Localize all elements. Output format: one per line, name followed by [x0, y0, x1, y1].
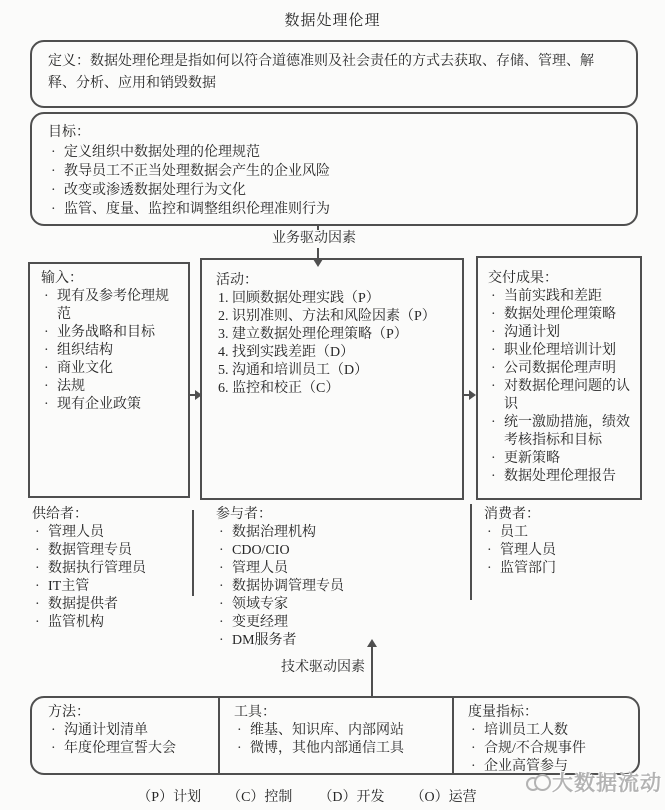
list-item: 教导员工不正当处理数据会产生的企业风险 [48, 162, 620, 181]
tools-list: 维基、知识库、内部网站 微博，其他内部通信工具 [234, 722, 446, 758]
methods-section: 方法： 沟通计划清单 年度伦理宣誓大会 [48, 704, 213, 758]
list-item: 组织结构 [41, 342, 180, 360]
participants-list: 数据治理机构 CDO/CIO 管理人员 数据协调管理专员 领域专家 变更经理 D… [216, 524, 451, 650]
list-item: 现有及参考伦理规范 [41, 288, 180, 324]
list-item: 商业文化 [41, 360, 180, 378]
list-item: 年度伦理宣誓大会 [48, 740, 213, 758]
activities-heading: 活动： [216, 272, 454, 290]
legend-item-plan: （P）计划 [137, 786, 201, 806]
tools-section: 工具： 维基、知识库、内部网站 微博，其他内部通信工具 [234, 704, 446, 758]
legend-item-operate: （O）运营 [411, 786, 477, 806]
list-item: 1. 回顾数据处理实践（P） [216, 290, 454, 308]
watermark-text: 大数据流动 [552, 767, 662, 797]
tools-heading: 工具： [234, 704, 446, 722]
technology-drivers-label: 技术驱动因素 [276, 659, 370, 677]
list-item: IT主管 [32, 578, 187, 596]
legend-item-develop: （D）开发 [318, 786, 384, 806]
list-item: 员工 [484, 524, 634, 542]
list-item: 数据协调管理专员 [216, 578, 451, 596]
consumers-list: 员工 管理人员 监管部门 [484, 524, 634, 578]
list-item: 现有企业政策 [41, 396, 180, 414]
goals-list: 定义组织中数据处理的伦理规范 教导员工不正当处理数据会产生的企业风险 改变或渗透… [48, 143, 620, 219]
activities-to-deliverables-arrow [463, 394, 470, 396]
list-item: 4. 找到实践差距（D） [216, 344, 454, 362]
participants-section: 参与者： 数据治理机构 CDO/CIO 管理人员 数据协调管理专员 领域专家 变… [216, 506, 451, 650]
list-item: 更新策略 [488, 450, 634, 468]
list-item: 法规 [41, 378, 180, 396]
list-item: 变更经理 [216, 614, 451, 632]
list-item: 监管部门 [484, 560, 634, 578]
deliverables-box: 交付成果： 当前实践和差距 数据处理伦理策略 沟通计划 职业伦理培训计划 公司数… [476, 256, 642, 500]
definition-text: 定义：数据处理伦理是指如何以符合道德准则及社会责任的方式去获取、存储、管理、解释… [48, 51, 620, 95]
bottom-box: 方法： 沟通计划清单 年度伦理宣誓大会 工具： 维基、知识库、内部网站 微博，其… [30, 696, 640, 775]
suppliers-participants-divider [192, 510, 194, 596]
deliverables-heading: 交付成果： [488, 270, 634, 288]
list-item: 业务战略和目标 [41, 324, 180, 342]
participants-consumers-divider [470, 504, 472, 600]
list-item: 培训员工人数 [468, 722, 636, 740]
inputs-heading: 输入： [41, 270, 180, 288]
deliverables-list: 当前实践和差距 数据处理伦理策略 沟通计划 职业伦理培训计划 公司数据伦理声明 … [488, 288, 634, 486]
list-item: 统一激励措施，绩效考核指标和目标 [488, 414, 634, 450]
list-item: 数据治理机构 [216, 524, 451, 542]
list-item: CDO/CIO [216, 542, 451, 560]
list-item: 领域专家 [216, 596, 451, 614]
activities-list: 1. 回顾数据处理实践（P） 2. 识别准则、方法和风险因素（P） 3. 建立数… [216, 290, 454, 398]
consumers-section: 消费者： 员工 管理人员 监管部门 [484, 506, 634, 578]
list-item: 微博，其他内部通信工具 [234, 740, 446, 758]
list-item: 3. 建立数据处理伦理策略（P） [216, 326, 454, 344]
list-item: 数据提供者 [32, 596, 187, 614]
participants-heading: 参与者： [216, 506, 451, 524]
tools-metrics-divider [452, 698, 454, 773]
list-item: 当前实践和差距 [488, 288, 634, 306]
list-item: DM服务者 [216, 632, 451, 650]
list-item: 管理人员 [484, 542, 634, 560]
list-item: 公司数据伦理声明 [488, 360, 634, 378]
methods-tools-divider [218, 698, 220, 773]
goals-heading: 目标： [48, 122, 620, 143]
list-item: 监管、度量、监控和调整组织伦理准则行为 [48, 200, 620, 219]
methods-heading: 方法： [48, 704, 213, 722]
list-item: 数据执行管理员 [32, 560, 187, 578]
list-item: 合规/不合规事件 [468, 740, 636, 758]
suppliers-heading: 供给者： [32, 506, 187, 524]
metrics-heading: 度量指标： [468, 704, 636, 722]
business-drivers-label: 业务驱动因素 [267, 230, 361, 248]
list-item: 管理人员 [32, 524, 187, 542]
consumers-heading: 消费者： [484, 506, 634, 524]
goals-box: 目标： 定义组织中数据处理的伦理规范 教导员工不正当处理数据会产生的企业风险 改… [30, 112, 638, 226]
suppliers-section: 供给者： 管理人员 数据管理专员 数据执行管理员 IT主管 数据提供者 监管机构 [32, 506, 187, 632]
list-item: 2. 识别准则、方法和风险因素（P） [216, 308, 454, 326]
list-item: 数据处理伦理报告 [488, 468, 634, 486]
list-item: 管理人员 [216, 560, 451, 578]
legend: （P）计划 （C）控制 （D）开发 （O）运营 [0, 786, 614, 806]
technology-drivers-arrow [371, 646, 373, 696]
list-item: 定义组织中数据处理的伦理规范 [48, 143, 620, 162]
inputs-list: 现有及参考伦理规范 业务战略和目标 组织结构 商业文化 法规 现有企业政策 [41, 288, 180, 414]
list-item: 沟通计划清单 [48, 722, 213, 740]
data-ethics-context-diagram: 数据处理伦理 定义：数据处理伦理是指如何以符合道德准则及社会责任的方式去获取、存… [0, 0, 665, 810]
list-item: 数据管理专员 [32, 542, 187, 560]
list-item: 维基、知识库、内部网站 [234, 722, 446, 740]
definition-box: 定义：数据处理伦理是指如何以符合道德准则及社会责任的方式去获取、存储、管理、解释… [30, 40, 638, 108]
diagram-title: 数据处理伦理 [0, 9, 665, 30]
activities-box: 活动： 1. 回顾数据处理实践（P） 2. 识别准则、方法和风险因素（P） 3.… [200, 258, 464, 500]
list-item: 监管机构 [32, 614, 187, 632]
list-item: 数据处理伦理策略 [488, 306, 634, 324]
list-item: 对数据伦理问题的认识 [488, 378, 634, 414]
list-item: 改变或渗透数据处理行为文化 [48, 181, 620, 200]
inputs-to-activities-arrow [189, 394, 196, 396]
inputs-box: 输入： 现有及参考伦理规范 业务战略和目标 组织结构 商业文化 法规 现有企业政… [28, 262, 190, 498]
watermark-logo-icon [526, 774, 548, 791]
suppliers-list: 管理人员 数据管理专员 数据执行管理员 IT主管 数据提供者 监管机构 [32, 524, 187, 632]
list-item: 5. 沟通和培训员工（D） [216, 362, 454, 380]
list-item: 职业伦理培训计划 [488, 342, 634, 360]
list-item: 沟通计划 [488, 324, 634, 342]
watermark: 大数据流动 [526, 767, 662, 797]
methods-list: 沟通计划清单 年度伦理宣誓大会 [48, 722, 213, 758]
metrics-section: 度量指标： 培训员工人数 合规/不合规事件 企业高管参与 [468, 704, 636, 776]
legend-item-control: （C）控制 [227, 786, 292, 806]
list-item: 6. 监控和校正（C） [216, 380, 454, 398]
